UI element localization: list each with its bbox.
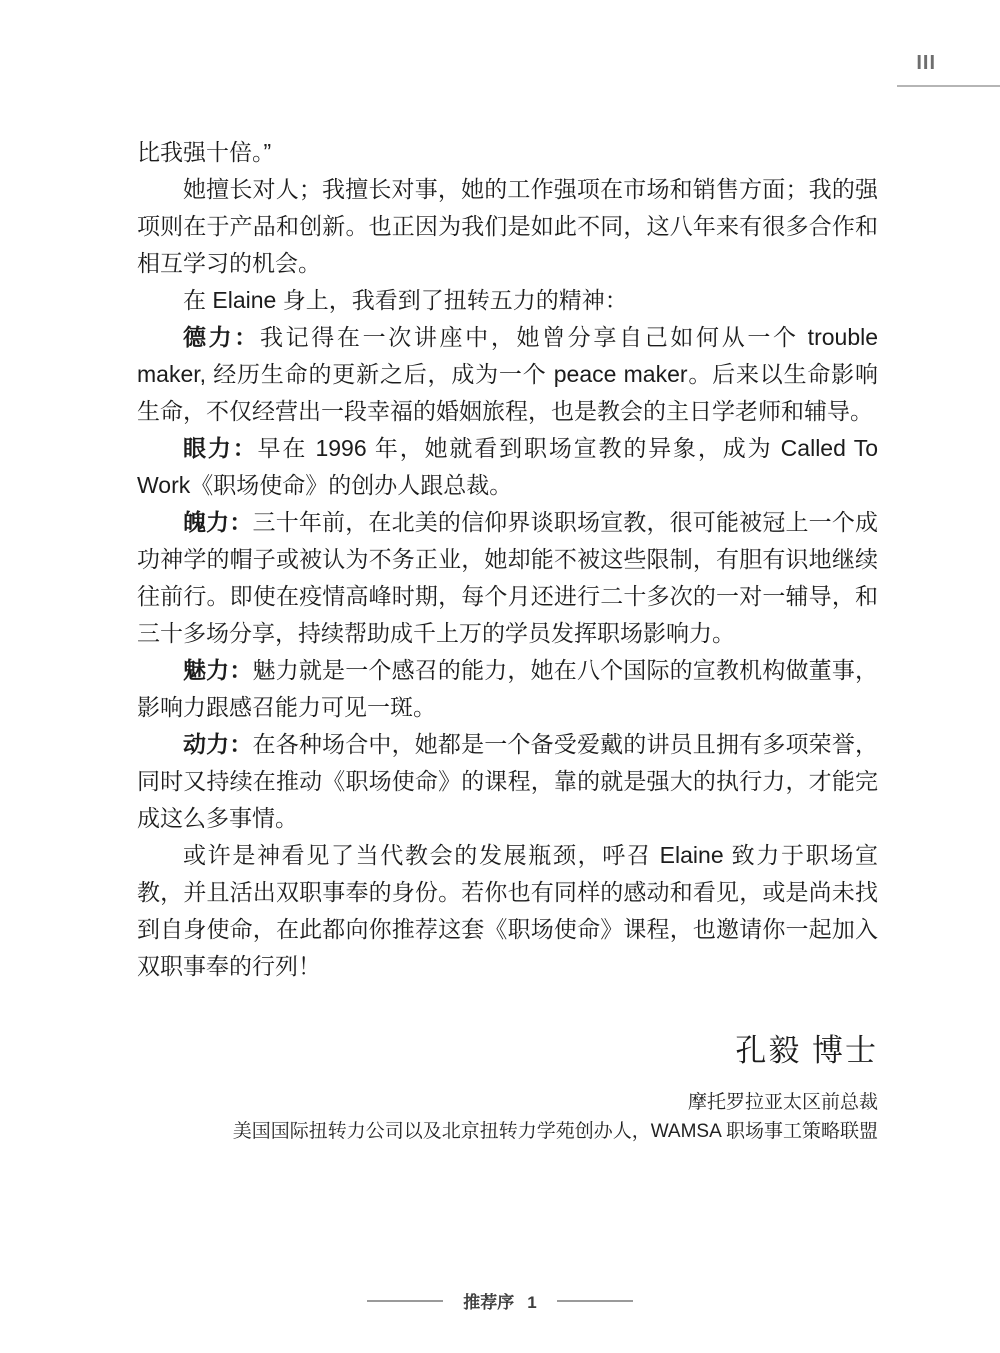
paragraph-text: 在 Elaine 身上，我看到了扭转五力的精神：: [183, 287, 628, 313]
signature-block: 孔毅 博士 摩托罗拉亚太区前总裁 美国国际扭转力公司以及北京扭转力学苑创办人，W…: [233, 1030, 878, 1146]
paragraph-lead: 魅力：: [183, 657, 253, 683]
signature-title-line2: 美国国际扭转力公司以及北京扭转力学苑创办人，WAMSA 职场事工策略联盟: [233, 1117, 878, 1146]
paragraph: 德力：我记得在一次讲座中，她曾分享自己如何从一个 trouble maker, …: [137, 319, 878, 430]
footer-rule-right: [557, 1300, 633, 1302]
paragraph: 动力：在各种场合中，她都是一个备受爱戴的讲员且拥有多项荣誉，同时又持续在推动《职…: [137, 726, 878, 837]
paragraph-text: 她擅长对人；我擅长对事，她的工作强项在市场和销售方面；我的强项则在于产品和创新。…: [137, 176, 878, 276]
footer-rule-left: [367, 1300, 443, 1302]
paragraph: 魅力：魅力就是一个感召的能力，她在八个国际的宣教机构做董事，影响力跟感召能力可见…: [137, 652, 878, 726]
paragraph-lead: 德力：: [183, 324, 260, 350]
paragraph: 或许是神看见了当代教会的发展瓶颈，呼召 Elaine 致力于职场宣教，并且活出双…: [137, 837, 878, 985]
signature-title-line1: 摩托罗拉亚太区前总裁: [233, 1088, 878, 1117]
signature-name: 孔毅 博士: [233, 1030, 878, 1072]
paragraph: 魄力：三十年前，在北美的信仰界谈职场宣教，很可能被冠上一个成功神学的帽子或被认为…: [137, 504, 878, 652]
paragraph-text: 或许是神看见了当代教会的发展瓶颈，呼召 Elaine 致力于职场宣教，并且活出双…: [137, 842, 878, 979]
paragraph: 她擅长对人；我擅长对事，她的工作强项在市场和销售方面；我的强项则在于产品和创新。…: [137, 171, 878, 282]
paragraph-lead: 眼力：: [183, 435, 258, 461]
paragraph-text: 比我强十倍。”: [137, 139, 271, 165]
footer: 推荐序 1: [0, 1288, 1000, 1313]
paragraph-lead: 魄力：: [183, 509, 253, 535]
book-page: III 比我强十倍。” 她擅长对人；我擅长对事，她的工作强项在市场和销售方面；我…: [0, 0, 1000, 1353]
paragraph: 在 Elaine 身上，我看到了扭转五力的精神：: [137, 282, 878, 319]
body-text-block: 比我强十倍。” 她擅长对人；我擅长对事，她的工作强项在市场和销售方面；我的强项则…: [137, 134, 878, 985]
header-page-number: III: [916, 52, 936, 75]
footer-page-number: 1: [527, 1293, 536, 1313]
header-rule-divider: [897, 85, 1000, 87]
footer-section-label: 推荐序: [463, 1288, 514, 1313]
paragraph: 眼力：早在 1996 年，她就看到职场宣教的异象，成为 Called To Wo…: [137, 430, 878, 504]
footer-text: 推荐序 1: [463, 1288, 536, 1313]
paragraph-lead: 动力：: [183, 731, 253, 757]
paragraph: 比我强十倍。”: [137, 134, 878, 171]
